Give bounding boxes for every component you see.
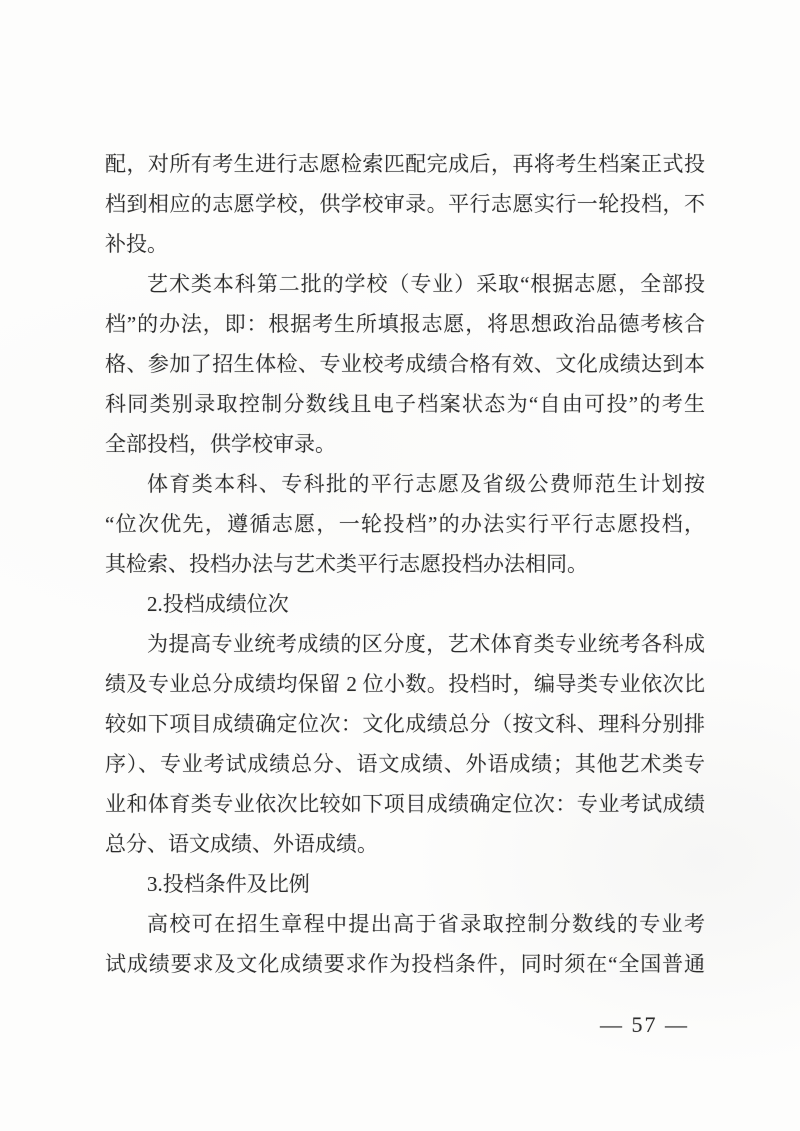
page-number: — 57 — <box>105 1005 705 1045</box>
text-line: 档”的办法，即：根据考生所填报志愿，将思想政治品德考核合 <box>105 304 705 344</box>
text-line: 补投。 <box>105 224 705 264</box>
text-line: 2.投档成绩位次 <box>105 584 705 624</box>
text-line: 档到相应的志愿学校，供学校审录。平行志愿实行一轮投档，不 <box>105 184 705 224</box>
text-line: “位次优先，遵循志愿，一轮投档”的办法实行平行志愿投档， <box>105 504 705 544</box>
document-lines: 配，对所有考生进行志愿检索匹配完成后，再将考生档案正式投档到相应的志愿学校，供学… <box>105 144 705 984</box>
text-line: 为提高专业统考成绩的区分度，艺术体育类专业统考各科成 <box>105 624 705 664</box>
text-line: 高校可在招生章程中提出高于省录取控制分数线的专业考 <box>105 904 705 944</box>
text-line: 配，对所有考生进行志愿检索匹配完成后，再将考生档案正式投 <box>105 144 705 184</box>
text-line: 其检索、投档办法与艺术类平行志愿投档办法相同。 <box>105 544 705 584</box>
text-line: 较如下项目成绩确定位次：文化成绩总分（按文科、理科分别排 <box>105 704 705 744</box>
text-line: 业和体育类专业依次比较如下项目成绩确定位次：专业考试成绩 <box>105 784 705 824</box>
document-page: 配，对所有考生进行志愿检索匹配完成后，再将考生档案正式投档到相应的志愿学校，供学… <box>0 0 800 1131</box>
text-line: 科同类别录取控制分数线且电子档案状态为“自由可投”的考生 <box>105 384 705 424</box>
text-line: 艺术类本科第二批的学校（专业）采取“根据志愿，全部投 <box>105 264 705 304</box>
text-line: 绩及专业总分成绩均保留 2 位小数。投档时，编导类专业依次比 <box>105 664 705 704</box>
text-line: 试成绩要求及文化成绩要求作为投档条件，同时须在“全国普通 <box>105 944 705 984</box>
text-line: 序）、专业考试成绩总分、语文成绩、外语成绩；其他艺术类专 <box>105 744 705 784</box>
text-line: 总分、语文成绩、外语成绩。 <box>105 824 705 864</box>
text-line: 3.投档条件及比例 <box>105 864 705 904</box>
text-line: 全部投档，供学校审录。 <box>105 424 705 464</box>
text-line: 体育类本科、专科批的平行志愿及省级公费师范生计划按 <box>105 464 705 504</box>
text-line: 格、参加了招生体检、专业校考成绩合格有效、文化成绩达到本 <box>105 344 705 384</box>
